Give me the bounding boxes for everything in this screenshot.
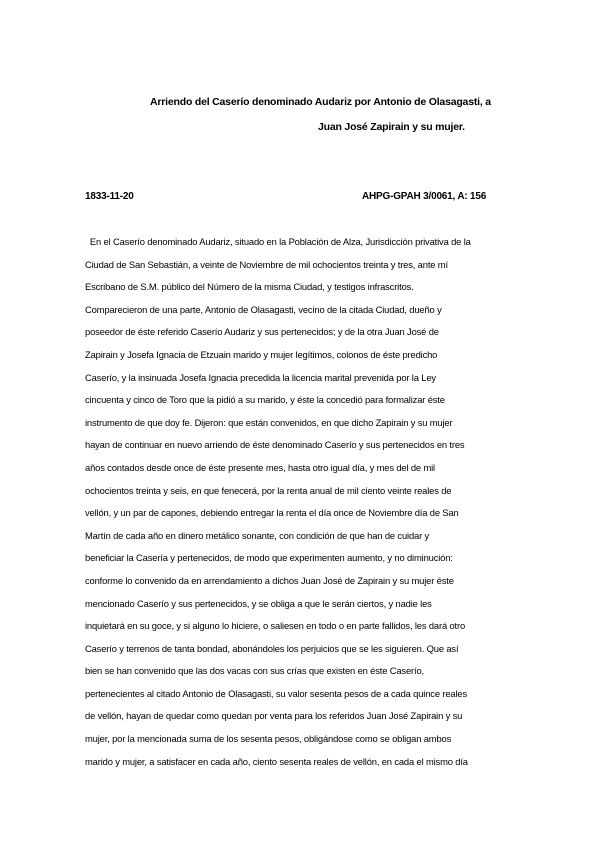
body-line: Caserío, y la insinuada Josefa Ignacia p… — [85, 371, 515, 394]
body-line: bien se han convenido que las dos vacas … — [85, 664, 515, 687]
body-line: marido y mujer, a satisfacer en cada año… — [85, 755, 515, 778]
body-line: Escribano de S.M. público del Número de … — [85, 280, 515, 303]
body-line: hayan de continuar en nuevo arriendo de … — [85, 438, 515, 461]
body-line: años contados desde once de éste present… — [85, 461, 515, 484]
archive-reference: AHPG-GPAH 3/0061, A: 156 — [362, 191, 486, 202]
body-line: de vellón, hayan de quedar como quedan p… — [85, 709, 515, 732]
body-line: mencionado Caserío y sus pertenecidos, y… — [85, 597, 515, 620]
body-line: Zapirain y Josefa Ignacia de Etzuain mar… — [85, 348, 515, 371]
document-body: En el Caserío denominado Audariz, situad… — [85, 235, 515, 777]
body-line: inquietará en su goce, y si alguno lo hi… — [85, 619, 515, 642]
body-line: conforme lo convenido da en arrendamient… — [85, 574, 515, 597]
document-title-line-1: Arriendo del Caserío denominado Audariz … — [150, 96, 491, 108]
body-line: Martín de cada año en dinero metálico so… — [85, 529, 515, 552]
body-line: instrumento de que doy fe. Dijeron: que … — [85, 416, 515, 439]
body-line: ochocientos treinta y seis, en que fenec… — [85, 484, 515, 507]
body-line: beneficiar la Casería y pertenecidos, de… — [85, 551, 515, 574]
document-date: 1833-11-20 — [85, 191, 134, 202]
body-line: En el Caserío denominado Audariz, situad… — [85, 235, 515, 258]
body-line: cincuenta y cinco de Toro que la pidió a… — [85, 393, 515, 416]
document-title-line-2: Juan José Zapirain y su mujer. — [318, 121, 465, 133]
body-line: Caserío y terrenos de tanta bondad, abon… — [85, 642, 515, 665]
body-line: Comparecieron de una parte, Antonio de O… — [85, 303, 515, 326]
body-line: pertenecientes al citado Antonio de Olas… — [85, 687, 515, 710]
body-line: mujer, por la mencionada suma de los ses… — [85, 732, 515, 755]
body-line: poseedor de éste referido Caserío Audari… — [85, 325, 515, 348]
body-line: vellón, y un par de capones, debiendo en… — [85, 506, 515, 529]
body-line: Ciudad de San Sebastián, a veinte de Nov… — [85, 258, 515, 281]
